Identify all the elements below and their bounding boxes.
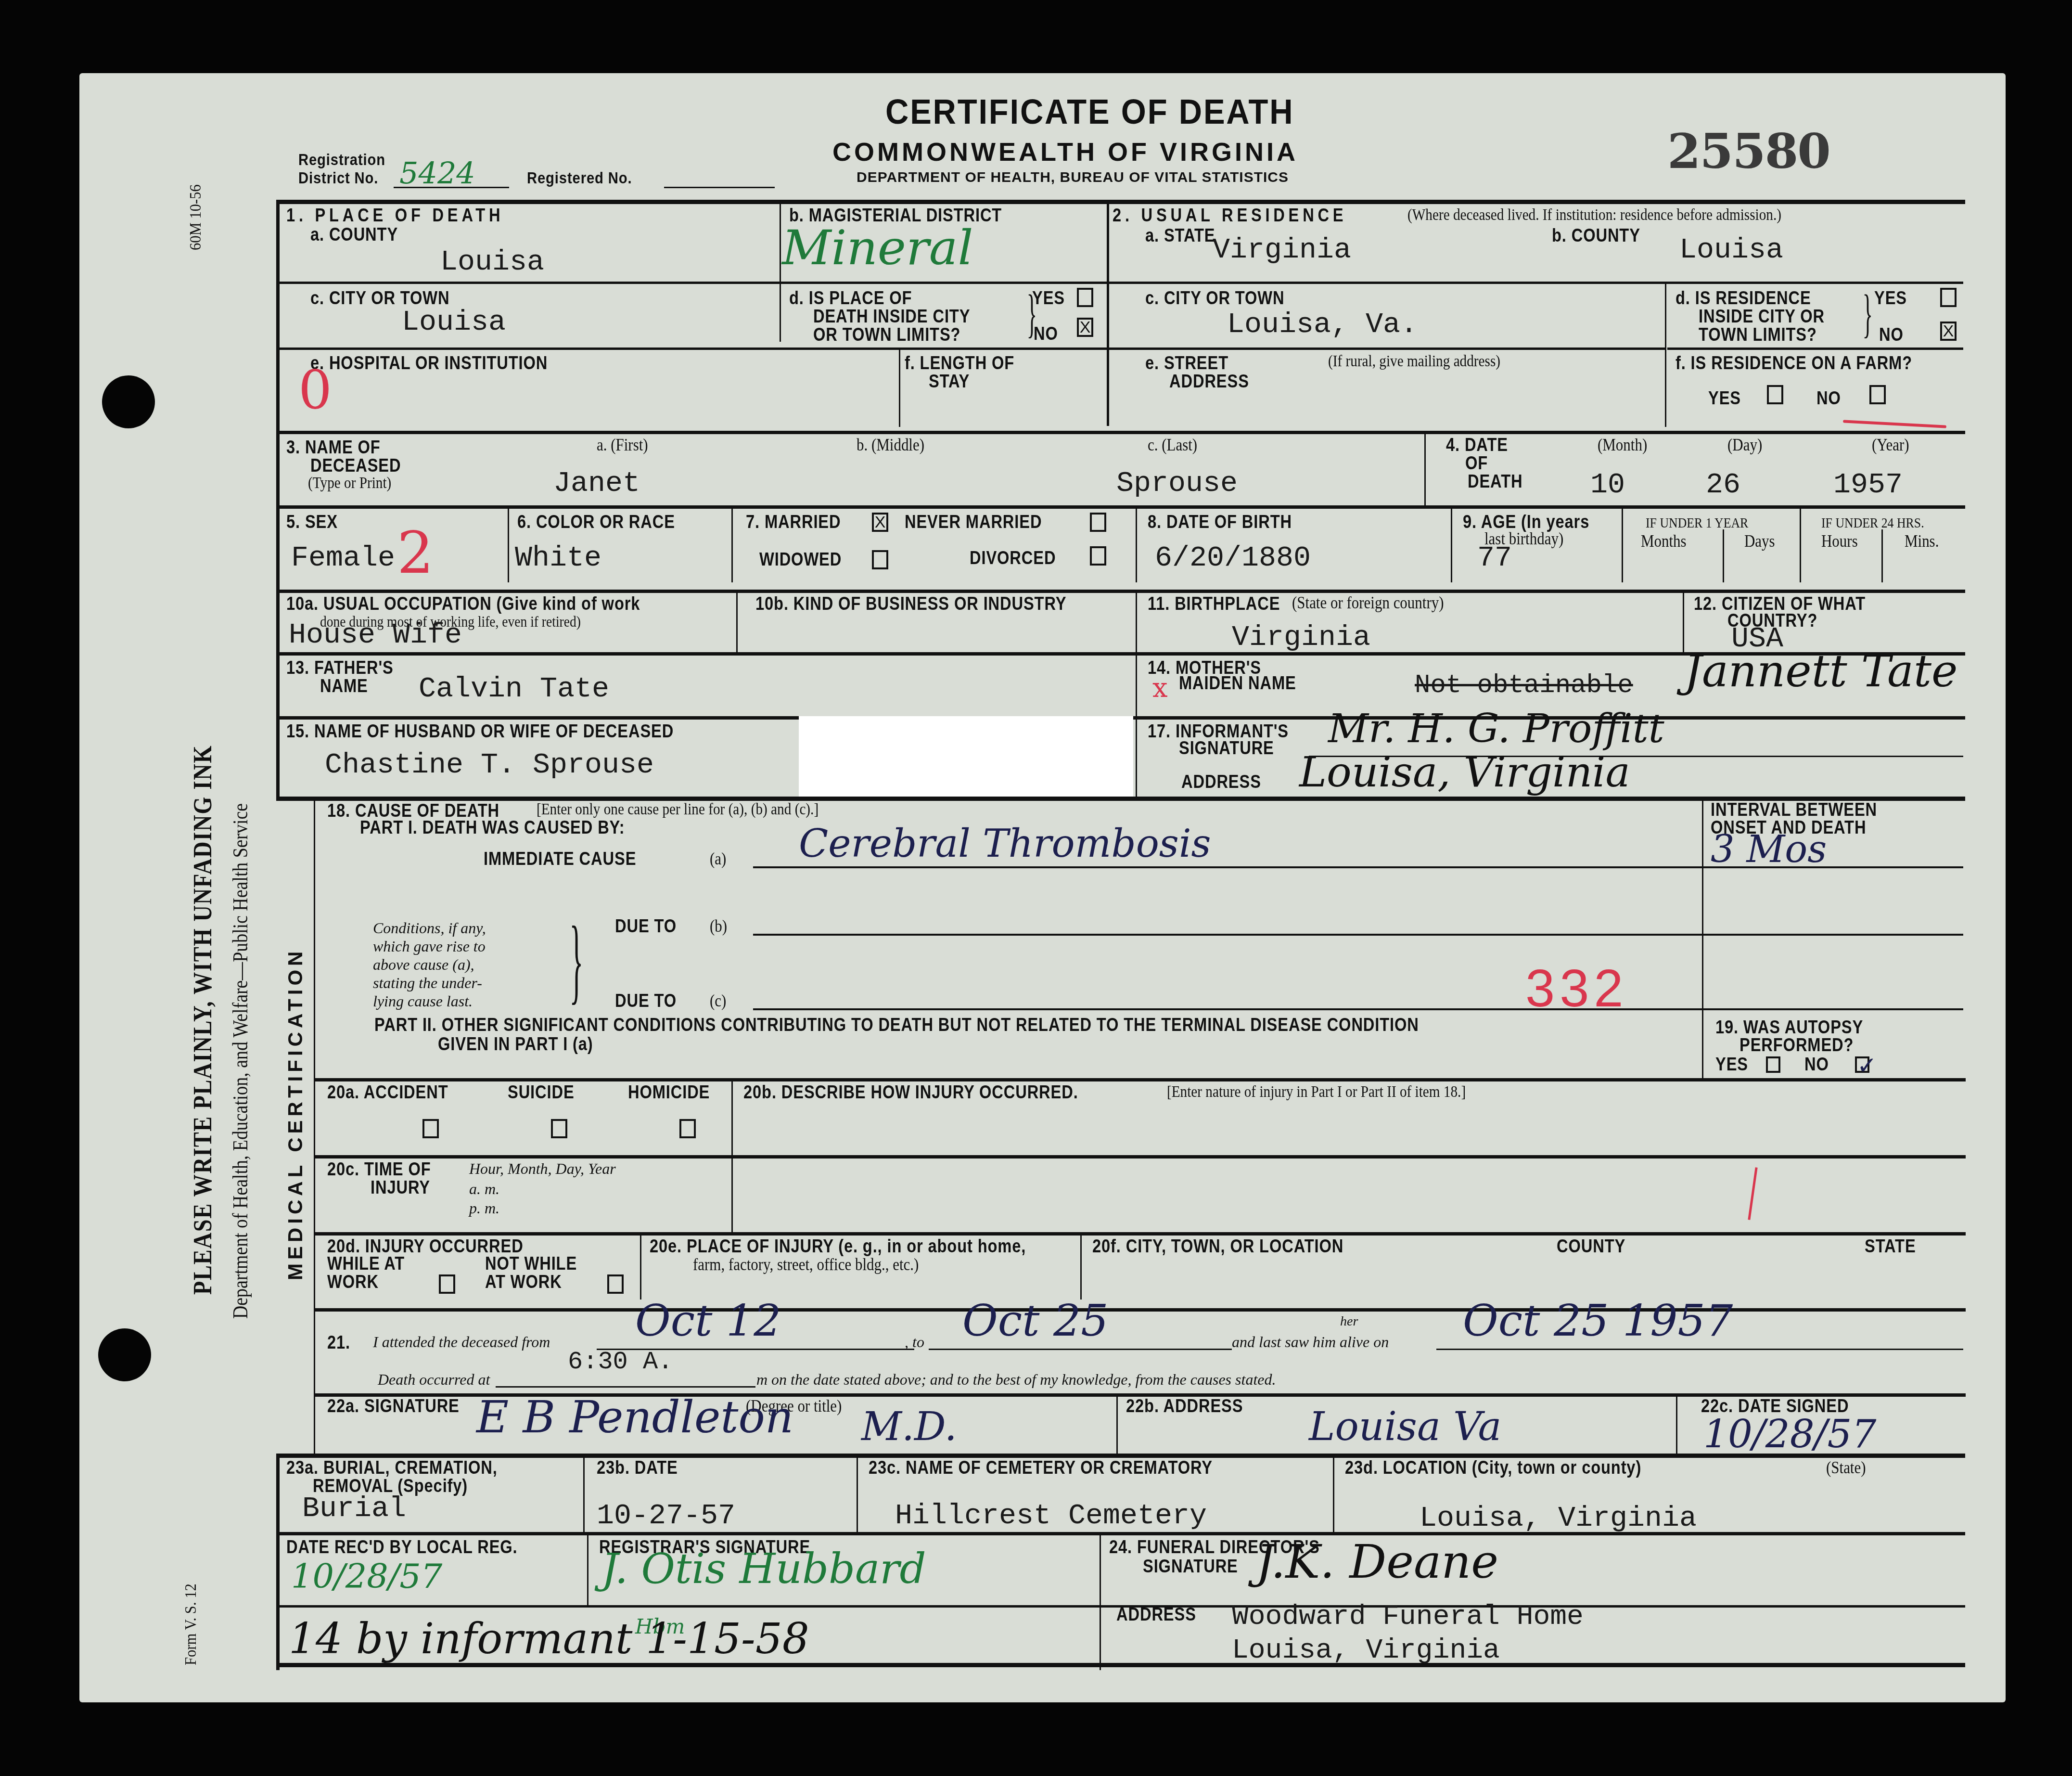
autopsy-no-label: NO bbox=[1804, 1055, 1829, 1074]
divider-county-magisterial bbox=[780, 202, 781, 342]
months-label: Months bbox=[1641, 532, 1687, 550]
dod-label-3: DEATH bbox=[1468, 472, 1522, 491]
divorced-checkbox[interactable] bbox=[1090, 546, 1106, 566]
burial-location-label: 23d. LOCATION (City, town or county) bbox=[1345, 1458, 1641, 1478]
industry-label: 10b. KIND OF BUSINESS OR INDUSTRY bbox=[755, 594, 1066, 614]
cemetery-value: Hillcrest Cemetery bbox=[895, 1502, 1207, 1531]
rule-row5 bbox=[276, 505, 1965, 509]
res-city-label: c. CITY OR TOWN bbox=[1145, 289, 1285, 308]
place-of-death-label: 1. PLACE OF DEATH bbox=[286, 206, 504, 225]
part2-label-2: GIVEN IN PART I (a) bbox=[438, 1035, 593, 1054]
conditions-note-2: which gave rise to bbox=[373, 938, 486, 955]
due-to-b-label: DUE TO bbox=[615, 917, 677, 936]
hospital-label: e. HOSPITAL OR INSTITUTION bbox=[310, 354, 548, 373]
occupation-label-text: 10a. USUAL OCCUPATION (Give kind of work bbox=[286, 594, 640, 614]
rule-row20 bbox=[315, 1078, 1966, 1081]
last-seen-value: Oct 25 1957 bbox=[1463, 1304, 1733, 1338]
immediate-cause-value: Cerebral Thrombosis bbox=[799, 827, 1211, 861]
widowed-label: WIDOWED bbox=[759, 550, 842, 569]
divider-marital-dob bbox=[1136, 508, 1137, 582]
inside-limits-label-1: d. IS PLACE OF bbox=[789, 289, 912, 308]
divider-race-marital bbox=[731, 508, 733, 582]
death-day-value: 26 bbox=[1706, 471, 1740, 500]
name-label-1: 3. NAME OF bbox=[286, 438, 381, 457]
res-state-label: a. STATE bbox=[1145, 226, 1215, 245]
describe-injury-label: 20b. DESCRIBE HOW INJURY OCCURRED. bbox=[743, 1083, 1078, 1102]
divider-age-under1 bbox=[1622, 508, 1623, 582]
sex-value: Female bbox=[291, 544, 395, 573]
res-limits-label-2: INSIDE CITY OR bbox=[1699, 307, 1825, 326]
burial-method-label-1: 23a. BURIAL, CREMATION, bbox=[286, 1458, 498, 1478]
length-of-stay-label-1: f. LENGTH OF bbox=[905, 354, 1014, 373]
race-label: 6. COLOR OR RACE bbox=[517, 513, 675, 532]
street-label-2: ADDRESS bbox=[1169, 372, 1249, 391]
immediate-cause-label: IMMEDIATE CAUSE bbox=[484, 849, 636, 869]
under-24-label: IF UNDER 24 HRS. bbox=[1821, 514, 1924, 532]
registration-district-no: 5424 bbox=[399, 156, 475, 190]
divider-name-dod bbox=[1424, 433, 1426, 505]
place-injury-label-1: 20e. PLACE OF INJURY (e. g., in or about… bbox=[650, 1237, 1026, 1256]
day-label: (Day) bbox=[1727, 436, 1762, 454]
part1-label: PART I. DEATH WAS CAUSED BY: bbox=[360, 818, 625, 837]
signature-label: 22a. SIGNATURE bbox=[327, 1397, 460, 1416]
res-inside-limits-yes-checkbox[interactable] bbox=[1940, 288, 1957, 307]
usual-residence-note: (Where deceased lived. If institution: r… bbox=[1407, 206, 1781, 224]
rule-row2c-right bbox=[1667, 347, 1963, 350]
rule-row2b bbox=[1109, 282, 1963, 284]
inside-limits-label-3: OR TOWN LIMITS? bbox=[813, 325, 960, 345]
funeral-director-signature: J.K. Deane bbox=[1256, 1545, 1498, 1579]
divider-22b-22c bbox=[1676, 1396, 1677, 1454]
first-name-value: Janet bbox=[553, 469, 640, 498]
c-marker: (c) bbox=[710, 991, 726, 1010]
divider-23b-23c bbox=[857, 1456, 858, 1533]
cemetery-label: 23c. NAME OF CEMETERY OR CREMATORY bbox=[869, 1458, 1213, 1478]
street-label-1: e. STREET bbox=[1145, 354, 1228, 373]
name-label-2: DECEASED bbox=[310, 456, 401, 476]
form-bottom-border bbox=[276, 1663, 1965, 1667]
burial-date-label: 23b. DATE bbox=[597, 1458, 678, 1478]
funeral-address-1: Woodward Funeral Home bbox=[1232, 1603, 1584, 1632]
mother-value: Jannett Tate bbox=[1684, 655, 1957, 688]
physician-degree: M.D. bbox=[861, 1410, 957, 1444]
informant-address: Louisa, Virginia bbox=[1299, 756, 1630, 789]
death-at-label: Death occurred at bbox=[378, 1371, 490, 1388]
res-inside-limits-no-checkbox[interactable]: X bbox=[1940, 322, 1957, 341]
autopsy-label-2: PERFORMED? bbox=[1739, 1036, 1854, 1055]
death-at-suffix: m on the date stated above; and to the b… bbox=[756, 1371, 1276, 1388]
divider-res-city-limits bbox=[1665, 284, 1666, 427]
divider-dob-age bbox=[1451, 508, 1452, 582]
age-value: 77 bbox=[1477, 544, 1512, 573]
agency-text: Department of Health, Education, and Wel… bbox=[228, 803, 253, 1319]
instruction-text: PLEASE WRITE PLAINLY, WITH UNFADING INK bbox=[188, 745, 217, 1295]
am-label: a. m. bbox=[469, 1180, 499, 1197]
form-code-bottom: Form V. S. 12 bbox=[182, 1583, 200, 1665]
divider-hours-mins bbox=[1881, 529, 1883, 582]
dod-label-1: 4. DATE bbox=[1446, 436, 1508, 455]
death-time-value: 6:30 A. bbox=[568, 1348, 673, 1377]
death-year-value: 1957 bbox=[1833, 471, 1903, 500]
suicide-label: SUICIDE bbox=[508, 1083, 575, 1102]
res-state-value: Virginia bbox=[1213, 236, 1351, 265]
dod-label-2: OF bbox=[1465, 454, 1488, 473]
dob-value: 6/20/1880 bbox=[1155, 544, 1311, 573]
pm-label: p. m. bbox=[469, 1199, 499, 1217]
res-city-value: Louisa, Va. bbox=[1227, 310, 1418, 339]
to-label: , to bbox=[905, 1333, 924, 1351]
divider-20e-20f bbox=[1080, 1235, 1082, 1300]
res-county-value: Louisa bbox=[1679, 236, 1783, 265]
father-label-1: 13. FATHER'S bbox=[286, 658, 394, 678]
divider-occupation-industry bbox=[736, 592, 738, 652]
while-work-label-2: WORK bbox=[327, 1273, 379, 1292]
divider-cause-interval bbox=[1702, 799, 1703, 1078]
divider-birthplace-citizen bbox=[1683, 592, 1684, 652]
autopsy-label-1: 19. WAS AUTOPSY bbox=[1715, 1018, 1863, 1037]
divider-sex-race bbox=[508, 508, 509, 582]
time-injury-note: Hour, Month, Day, Year bbox=[469, 1160, 616, 1177]
registration-label: Registration bbox=[298, 150, 385, 169]
punch-hole-top bbox=[102, 375, 155, 428]
rule-row1c bbox=[279, 347, 1107, 350]
spouse-label: 15. NAME OF HUSBAND OR WIFE OF DECEASED bbox=[286, 722, 674, 741]
never-married-checkbox[interactable] bbox=[1090, 513, 1106, 532]
year-label: (Year) bbox=[1872, 436, 1909, 454]
divider-sec1-sec2 bbox=[1107, 202, 1109, 426]
attended-to-value: Oct 25 bbox=[962, 1304, 1109, 1338]
rule-row20d bbox=[315, 1232, 1966, 1235]
name-label-3: (Type or Print) bbox=[308, 474, 391, 492]
middle-name-label: b. (Middle) bbox=[857, 436, 924, 454]
while-work-label-1: WHILE AT bbox=[327, 1254, 405, 1274]
conditions-note-1: Conditions, if any, bbox=[373, 919, 486, 937]
mother-struck-value: Not obtainable bbox=[1415, 671, 1633, 700]
date-recd-label: DATE REC'D BY LOCAL REG. bbox=[286, 1538, 518, 1557]
rule-row10 bbox=[276, 590, 1965, 593]
amendment-note: 14 by informant 1-15-58 bbox=[289, 1622, 809, 1656]
autopsy-yes-label: YES bbox=[1715, 1055, 1748, 1074]
divider-industry-birthplace bbox=[1136, 592, 1137, 652]
burial-location-label-text: 23d. LOCATION (City, town or county) bbox=[1345, 1458, 1641, 1478]
rule-row20c bbox=[315, 1155, 1966, 1158]
mins-label: Mins. bbox=[1905, 532, 1939, 550]
line-cause-b bbox=[753, 934, 1963, 936]
interval-value: 3 Mos bbox=[1711, 833, 1827, 866]
occupation-label-1: 10a. USUAL OCCUPATION (Give kind of work bbox=[286, 594, 640, 614]
time-injury-label-2: INJURY bbox=[371, 1178, 430, 1197]
part2-label-1: PART II. OTHER SIGNIFICANT CONDITIONS CO… bbox=[374, 1016, 1419, 1035]
inside-limits-label-2: DEATH INSIDE CITY bbox=[813, 307, 970, 326]
inside-limits-yes-label: YES bbox=[1032, 289, 1065, 308]
res-limits-no-label: NO bbox=[1879, 325, 1904, 345]
not-work-label-1: NOT WHILE bbox=[485, 1254, 577, 1274]
autopsy-no-checkbox[interactable]: ✓ bbox=[1855, 1056, 1869, 1073]
rule-row1b bbox=[279, 282, 1107, 284]
mother-label-2: MAIDEN NAME bbox=[1179, 674, 1296, 693]
accident-label: 20a. ACCIDENT bbox=[327, 1083, 448, 1102]
divider-months-days bbox=[1723, 529, 1724, 582]
widowed-checkbox[interactable] bbox=[872, 550, 888, 569]
usual-residence-label: 2. USUAL RESIDENCE bbox=[1113, 206, 1347, 225]
funeral-address-2: Louisa, Virginia bbox=[1232, 1636, 1500, 1665]
form-top-border bbox=[276, 200, 1965, 204]
sex-label: 5. SEX bbox=[286, 513, 338, 532]
farm-yes-label: YES bbox=[1708, 389, 1741, 408]
burial-date-value: 10-27-57 bbox=[597, 1502, 735, 1531]
rule-row23 bbox=[276, 1454, 1965, 1458]
cause-note: [Enter only one cause per line for (a), … bbox=[537, 800, 819, 819]
certificate-subtitle: COMMONWEALTH OF VIRGINIA bbox=[832, 137, 1298, 167]
rule-row3 bbox=[276, 431, 1965, 434]
month-label: (Month) bbox=[1598, 436, 1647, 454]
spouse-value: Chastine T. Sprouse bbox=[325, 751, 654, 780]
death-inside-limits-yes-checkbox[interactable] bbox=[1077, 288, 1093, 307]
informant-address-label: ADDRESS bbox=[1181, 772, 1261, 792]
hours-label: Hours bbox=[1821, 532, 1858, 550]
due-to-c-label: DUE TO bbox=[615, 991, 677, 1011]
res-county-label: b. COUNTY bbox=[1552, 226, 1640, 245]
divorced-label: DIVORCED bbox=[970, 549, 1056, 568]
homicide-label: HOMICIDE bbox=[628, 1083, 710, 1102]
never-married-label: NEVER MARRIED bbox=[905, 513, 1042, 532]
physician-address: Louisa Va bbox=[1309, 1410, 1501, 1444]
while-at-work-checkbox[interactable] bbox=[439, 1274, 455, 1294]
attended-to-line bbox=[929, 1349, 1232, 1350]
registered-no-label: Registered No. bbox=[527, 168, 632, 188]
form-code-top: 60M 10-56 bbox=[187, 184, 205, 250]
medical-block-left bbox=[314, 799, 315, 1454]
place-injury-label-2: farm, factory, street, office bldg., etc… bbox=[693, 1255, 919, 1274]
farm-label: f. IS RESIDENCE ON A FARM? bbox=[1676, 354, 1912, 373]
divider-23a-23b bbox=[583, 1456, 585, 1533]
time-injury-label-1: 20c. TIME OF bbox=[327, 1160, 431, 1179]
conditions-note-4: stating the under- bbox=[373, 974, 482, 991]
last-saw-label: and last saw him alive on bbox=[1232, 1333, 1389, 1351]
magisterial-district-value: Mineral bbox=[782, 231, 973, 265]
county-label: a. COUNTY bbox=[310, 225, 398, 245]
last-name-label: c. (Last) bbox=[1148, 436, 1197, 454]
divider-20d-20e bbox=[640, 1235, 641, 1300]
divider-23c-23d bbox=[1333, 1456, 1334, 1533]
informant-signature: Mr. H. G. Proffitt bbox=[1328, 712, 1664, 746]
certificate-number: 25580 bbox=[1667, 123, 1830, 180]
father-label-2: NAME bbox=[320, 677, 368, 696]
injury-county-label: COUNTY bbox=[1557, 1237, 1625, 1256]
form-left-border-lower bbox=[276, 1454, 280, 1670]
rule-row24 bbox=[276, 1532, 1965, 1535]
conditions-note-3: above cause (a), bbox=[373, 956, 474, 973]
form-left-border bbox=[276, 200, 280, 799]
physician-address-label: 22b. ADDRESS bbox=[1126, 1397, 1243, 1416]
father-value: Calvin Tate bbox=[419, 675, 609, 704]
registered-no-underline bbox=[664, 187, 775, 188]
death-month-value: 10 bbox=[1590, 471, 1625, 500]
last-saw-line bbox=[1436, 1349, 1963, 1350]
first-name-label: a. (First) bbox=[597, 436, 648, 454]
death-city-value: Louisa bbox=[402, 308, 506, 337]
attended-from-value: Oct 12 bbox=[635, 1304, 781, 1338]
street-note: (If rural, give mailing address) bbox=[1328, 352, 1500, 371]
farm-yes-checkbox[interactable] bbox=[1767, 385, 1783, 404]
days-label: Days bbox=[1744, 532, 1775, 550]
last-name-value: Sprouse bbox=[1116, 469, 1238, 498]
registrar-signature: J. Otis Hubbard bbox=[601, 1552, 926, 1586]
inside-limits-no-label: NO bbox=[1034, 324, 1058, 344]
divider-under1-under24 bbox=[1800, 508, 1801, 582]
informant-label-2: SIGNATURE bbox=[1179, 739, 1274, 758]
her-label: her bbox=[1340, 1313, 1358, 1330]
date-signed-value: 10/28/57 bbox=[1703, 1417, 1876, 1451]
divider-22a-22b bbox=[1116, 1396, 1118, 1454]
autopsy-yes-checkbox[interactable] bbox=[1766, 1056, 1780, 1073]
farm-no-label: NO bbox=[1816, 389, 1841, 408]
not-work-label-2: AT WORK bbox=[485, 1273, 562, 1292]
res-limits-label-3: TOWN LIMITS? bbox=[1699, 325, 1817, 345]
attended-num: 21. bbox=[327, 1333, 350, 1352]
divider-registrar-funeral bbox=[1100, 1534, 1101, 1670]
not-at-work-checkbox[interactable] bbox=[607, 1274, 624, 1294]
attended-from-label: I attended the deceased from bbox=[373, 1333, 550, 1351]
injury-occurred-label: 20d. INJURY OCCURRED bbox=[327, 1237, 524, 1256]
dob-label: 8. DATE OF BIRTH bbox=[1148, 513, 1292, 532]
farm-no-checkbox[interactable] bbox=[1869, 385, 1886, 404]
res-limits-label-1: d. IS RESIDENCE bbox=[1676, 289, 1811, 308]
line-cause-c bbox=[753, 1008, 1963, 1010]
date-recd-value: 10/28/57 bbox=[291, 1559, 442, 1593]
death-county-value: Louisa bbox=[440, 248, 544, 277]
injury-city-label: 20f. CITY, TOWN, OR LOCATION bbox=[1092, 1237, 1343, 1256]
red-x-mark: x bbox=[1152, 671, 1168, 705]
suicide-checkbox[interactable] bbox=[551, 1119, 567, 1138]
death-city-label: c. CITY OR TOWN bbox=[310, 289, 450, 308]
redacted-block bbox=[799, 716, 1133, 800]
funeral-address-label: ADDRESS bbox=[1116, 1605, 1196, 1624]
divider-father-mother bbox=[1136, 655, 1137, 799]
accident-checkbox[interactable] bbox=[422, 1119, 439, 1138]
sex-code-mark: 2 bbox=[397, 537, 434, 570]
length-of-stay-label-2: STAY bbox=[929, 372, 970, 391]
certificate-title: CERTIFICATE OF DEATH bbox=[885, 92, 1294, 132]
department-line: DEPARTMENT OF HEALTH, BUREAU OF VITAL ST… bbox=[857, 169, 1289, 186]
burial-location-value: Louisa, Virginia bbox=[1420, 1504, 1697, 1533]
a-marker: (a) bbox=[710, 849, 726, 868]
brace-icon: } bbox=[570, 912, 584, 1008]
divider-recd-registrar bbox=[587, 1534, 588, 1607]
under-1-year-label: IF UNDER 1 YEAR bbox=[1646, 514, 1748, 532]
death-at-line bbox=[496, 1386, 755, 1388]
hospital-value: 0 bbox=[298, 373, 332, 407]
district-no-label: District No. bbox=[298, 168, 378, 188]
race-value: White bbox=[515, 544, 601, 573]
occupation-value: House Wife bbox=[289, 621, 462, 650]
describe-injury-note: [Enter nature of injury in Part I or Par… bbox=[1167, 1083, 1466, 1101]
homicide-checkbox[interactable] bbox=[679, 1119, 696, 1138]
injury-state-label: STATE bbox=[1865, 1237, 1916, 1256]
birthplace-note: (State or foreign country) bbox=[1292, 593, 1444, 612]
b-marker: (b) bbox=[710, 917, 727, 935]
birthplace-label: 11. BIRTHPLACE bbox=[1148, 594, 1280, 614]
death-inside-limits-no-checkbox[interactable]: X bbox=[1077, 318, 1093, 337]
interval-label-1: INTERVAL BETWEEN bbox=[1711, 800, 1877, 820]
res-limits-yes-label: YES bbox=[1874, 289, 1907, 308]
divider-hospital-stay bbox=[899, 350, 900, 427]
married-label: 7. MARRIED bbox=[746, 513, 841, 532]
birthplace-value: Virginia bbox=[1232, 623, 1370, 652]
married-checkbox[interactable]: X bbox=[872, 513, 888, 532]
punch-hole-bottom bbox=[98, 1328, 151, 1381]
funeral-label-2: SIGNATURE bbox=[1143, 1557, 1238, 1576]
rule-row2c bbox=[1109, 347, 1665, 350]
burial-state-label: (State) bbox=[1826, 1458, 1866, 1477]
medical-certification-label: MEDICAL CERTIFICATION bbox=[284, 948, 307, 1280]
conditions-note-5: lying cause last. bbox=[373, 992, 473, 1010]
brace-icon: } bbox=[1863, 287, 1873, 340]
physician-signature: E B Pendleton bbox=[476, 1401, 793, 1434]
burial-method-value: Burial bbox=[302, 1494, 406, 1523]
